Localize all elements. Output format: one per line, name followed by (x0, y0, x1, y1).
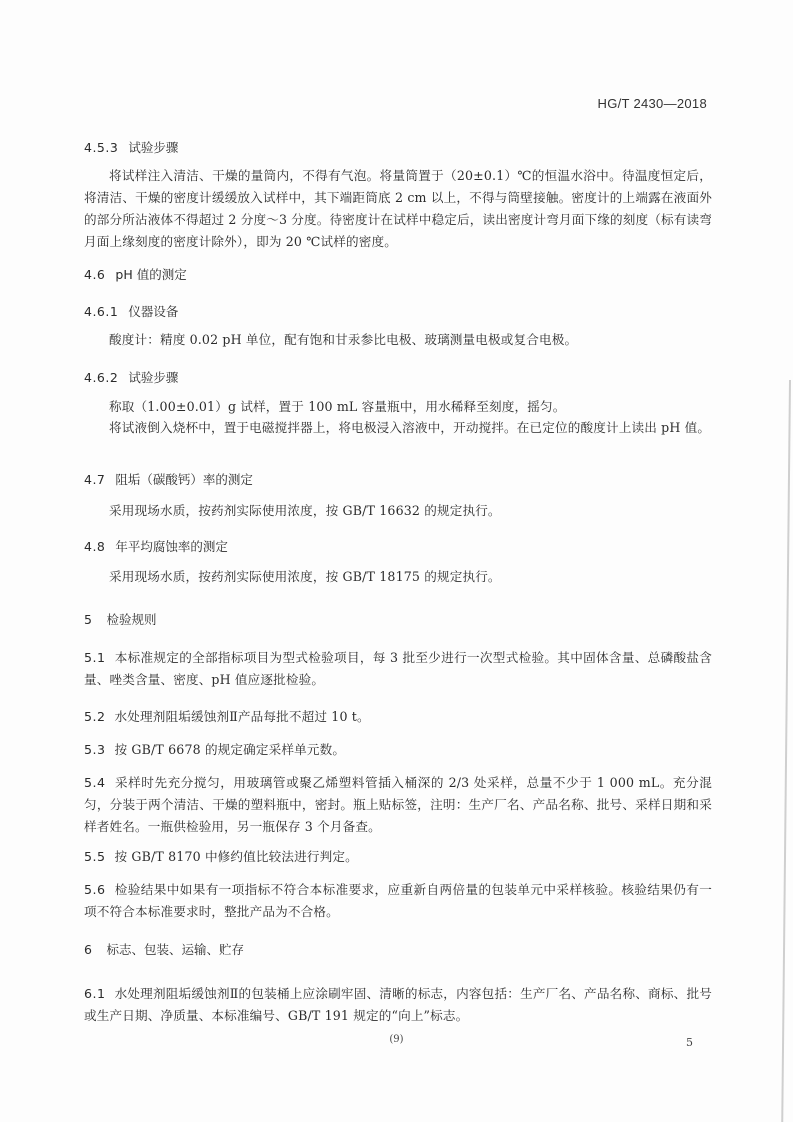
clause-5-5: 5.5按 GB/T 8170 中修约值比较法进行判定。 (84, 846, 712, 868)
clause-text: 本标准规定的全部指标项目为型式检验项目，每 3 批至少进行一次型式检验。其中固体… (84, 650, 712, 687)
section-number: 6 (84, 942, 92, 957)
section-number: 4.6.2 (84, 370, 118, 385)
heading-4-7: 4.7阻垢（碳酸钙）率的测定 (84, 470, 712, 488)
section-title: 仪器设备 (128, 304, 178, 319)
clause-text: 采样时先充分搅匀，用玻璃管或聚乙烯塑料管插入桶深的 2/3 处采样，总量不少于 … (84, 775, 712, 834)
section-number: 4.8 (84, 539, 105, 554)
paragraph-4-8: 采用现场水质，按药剂实际使用浓度，按 GB/T 18175 的规定执行。 (84, 566, 712, 588)
clause-number: 6.1 (84, 986, 106, 1001)
clause-5-6: 5.6检验结果中如果有一项指标不符合本标准要求，应重新自两倍量的包装单元中采样核… (84, 879, 712, 923)
heading-4-6-1: 4.6.1仪器设备 (84, 302, 712, 320)
standard-code: HG/T 2430—2018 (598, 96, 707, 111)
clause-5-4: 5.4采样时先充分搅匀，用玻璃管或聚乙烯塑料管插入桶深的 2/3 处采样，总量不… (84, 772, 712, 838)
document-page: HG/T 2430—2018 4.5.3试验步骤 将试样注入清洁、干燥的量筒内，… (0, 0, 793, 1122)
sequence-number: (9) (0, 1034, 793, 1045)
clause-text: 水处理剂阻垢缓蚀剂Ⅱ的包装桶上应涂刷牢固、清晰的标志，内容包括：生产厂名、产品名… (84, 986, 712, 1023)
clause-number: 5.3 (84, 742, 106, 757)
section-title: 标志、包装、运输、贮存 (106, 942, 244, 957)
clause-5-3: 5.3按 GB/T 6678 的规定确定采样单元数。 (84, 739, 712, 761)
clause-number: 5.5 (84, 849, 106, 864)
paragraph-4-7: 采用现场水质，按药剂实际使用浓度，按 GB/T 16632 的规定执行。 (84, 500, 712, 522)
section-title: 检验规则 (106, 612, 156, 627)
section-title: 试验步骤 (128, 140, 178, 155)
clause-5-2: 5.2水处理剂阻垢缓蚀剂Ⅱ产品每批不超过 10 t。 (84, 706, 712, 728)
section-title: 年平均腐蚀率的测定 (115, 539, 228, 554)
clause-number: 5.1 (84, 650, 106, 665)
section-title: pH 值的测定 (115, 267, 186, 282)
clause-6-1: 6.1水处理剂阻垢缓蚀剂Ⅱ的包装桶上应涂刷牢固、清晰的标志，内容包括：生产厂名、… (84, 983, 712, 1027)
clause-number: 5.4 (84, 775, 106, 790)
paragraph-4-6-2a: 称取（1.00±0.01）g 试样，置于 100 mL 容量瓶中，用水稀释至刻度… (84, 396, 712, 418)
heading-4-8: 4.8年平均腐蚀率的测定 (84, 537, 712, 555)
section-number: 4.7 (84, 472, 105, 487)
heading-6: 6标志、包装、运输、贮存 (84, 940, 712, 958)
clause-text: 检验结果中如果有一项指标不符合本标准要求，应重新自两倍量的包装单元中采样核验。核… (84, 882, 712, 919)
clause-number: 5.2 (84, 709, 106, 724)
section-number: 5 (84, 612, 92, 627)
paragraph-4-6-2b: 将试液倒入烧杯中，置于电磁搅拌器上，将电极浸入溶液中，开动搅拌。在已定位的酸度计… (84, 417, 712, 439)
section-title: 阻垢（碳酸钙）率的测定 (115, 472, 253, 487)
heading-4-6: 4.6pH 值的测定 (84, 265, 712, 283)
clause-number: 5.6 (84, 882, 106, 897)
clause-5-1: 5.1本标准规定的全部指标项目为型式检验项目，每 3 批至少进行一次型式检验。其… (84, 647, 712, 691)
section-number: 4.6 (84, 267, 105, 282)
section-number: 4.6.1 (84, 304, 118, 319)
section-title: 试验步骤 (128, 370, 178, 385)
clause-text: 按 GB/T 6678 的规定确定采样单元数。 (115, 742, 346, 757)
scan-edge-line (781, 380, 791, 1122)
page-number: 5 (686, 1036, 693, 1049)
heading-5: 5检验规则 (84, 610, 712, 628)
clause-text: 水处理剂阻垢缓蚀剂Ⅱ产品每批不超过 10 t。 (115, 709, 370, 724)
section-number: 4.5.3 (84, 140, 118, 155)
heading-4-5-3: 4.5.3试验步骤 (84, 138, 712, 156)
heading-4-6-2: 4.6.2试验步骤 (84, 368, 712, 386)
clause-text: 按 GB/T 8170 中修约值比较法进行判定。 (115, 849, 358, 864)
paragraph-4-6-1: 酸度计：精度 0.02 pH 单位，配有饱和甘汞参比电极、玻璃测量电极或复合电极… (84, 329, 712, 351)
paragraph-4-5-3: 将试样注入清洁、干燥的量筒内，不得有气泡。将量筒置于（20±0.1）℃的恒温水浴… (84, 165, 712, 253)
